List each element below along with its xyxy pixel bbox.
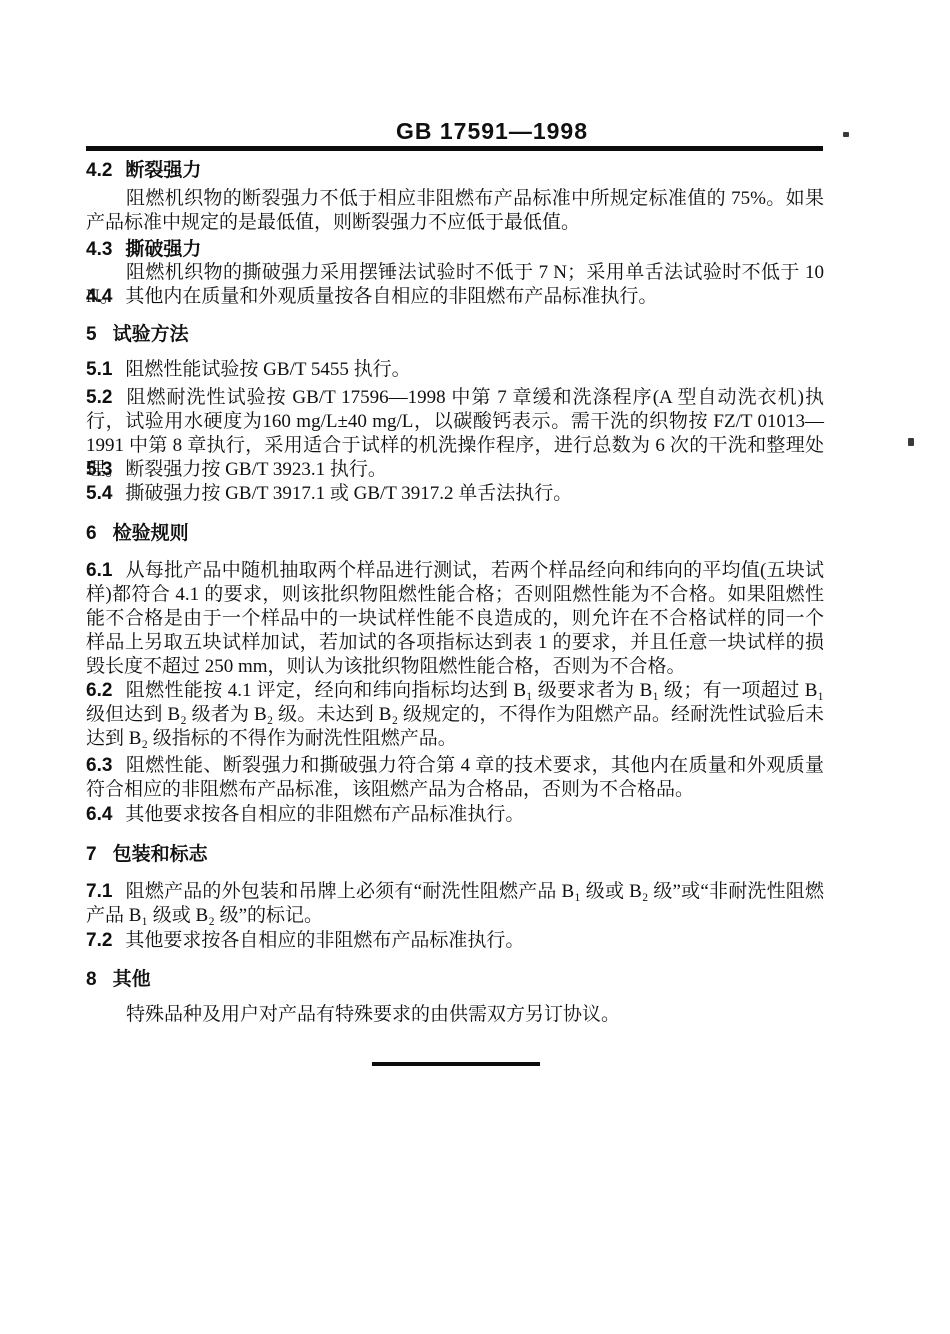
clause-7-1: 7.1阻燃产品的外包装和吊牌上必须有“耐洗性阻燃产品 B₁ 级或 B₂ 级”或“… — [86, 880, 824, 928]
end-of-document-rule — [372, 1062, 540, 1066]
clause-text: 断裂强力按 GB/T 3923.1 执行。 — [125, 459, 386, 480]
clause-heading-4-2: 4.2断裂强力 — [86, 159, 824, 183]
section-heading-5: 5试验方法 — [86, 323, 824, 347]
paragraph-4-2: 阻燃机织物的断裂强力不低于相应非阻燃布产品标准中所规定标准值的 75%。如果产品… — [86, 187, 824, 235]
section-title: 包装和标志 — [113, 844, 208, 865]
clause-5-1: 5.1阻燃性能试验按 GB/T 5455 执行。 — [86, 358, 824, 382]
clause-number: 5.3 — [86, 459, 112, 480]
section-title: 试验方法 — [113, 324, 189, 345]
clause-number: 5.4 — [86, 483, 112, 504]
clause-6-3: 6.3阻燃性能、断裂强力和撕破强力符合第 4 章的技术要求，其他内在质量和外观质… — [86, 754, 824, 802]
paragraph-text: 阻燃机织物的断裂强力不低于相应非阻燃布产品标准中所规定标准值的 75%。如果产品… — [86, 188, 824, 233]
clause-number: 6.2 — [86, 680, 112, 701]
clause-6-4: 6.4其他要求按各自相应的非阻燃布产品标准执行。 — [86, 803, 824, 827]
clause-text: 其他要求按各自相应的非阻燃布产品标准执行。 — [125, 804, 524, 825]
document-page: GB 17591—1998 4.2断裂强力 阻燃机织物的断裂强力不低于相应非阻燃… — [0, 0, 950, 1334]
clause-heading-4-3: 4.3撕破强力 — [86, 238, 824, 262]
clause-title: 撕破强力 — [125, 239, 201, 260]
section-title: 检验规则 — [113, 523, 189, 544]
scan-speck — [908, 438, 914, 446]
clause-number: 4.4 — [86, 286, 112, 307]
clause-5-3: 5.3断裂强力按 GB/T 3923.1 执行。 — [86, 458, 824, 482]
clause-text: 其他内在质量和外观质量按各自相应的非阻燃布产品标准执行。 — [125, 286, 657, 307]
section-heading-6: 6检验规则 — [86, 522, 824, 546]
section-heading-7: 7包装和标志 — [86, 843, 824, 867]
clause-6-2: 6.2阻燃性能按 4.1 评定，经向和纬向指标均达到 B₁ 级要求者为 B₁ 级… — [86, 679, 824, 751]
clause-text: 阻燃性能按 4.1 评定，经向和纬向指标均达到 B₁ 级要求者为 B₁ 级；有一… — [86, 680, 824, 749]
clause-title: 断裂强力 — [125, 160, 201, 181]
clause-number: 5.1 — [86, 359, 112, 380]
clause-6-1: 6.1从每批产品中随机抽取两个样品进行测试，若两个样品经向和纬向的平均值(五块试… — [86, 559, 824, 679]
clause-text: 其他要求按各自相应的非阻燃布产品标准执行。 — [125, 930, 524, 951]
clause-text: 阻燃性能试验按 GB/T 5455 执行。 — [125, 359, 410, 380]
clause-4-4: 4.4其他内在质量和外观质量按各自相应的非阻燃布产品标准执行。 — [86, 285, 824, 309]
header-rule — [86, 146, 823, 151]
clause-text: 撕破强力按 GB/T 3917.1 或 GB/T 3917.2 单舌法执行。 — [125, 483, 572, 504]
section-title: 其他 — [113, 969, 151, 990]
clause-7-2: 7.2其他要求按各自相应的非阻燃布产品标准执行。 — [86, 929, 824, 953]
clause-5-4: 5.4撕破强力按 GB/T 3917.1 或 GB/T 3917.2 单舌法执行… — [86, 482, 824, 506]
clause-number: 4.3 — [86, 239, 112, 260]
clause-number: 7.1 — [86, 881, 112, 902]
paragraph-text: 特殊品种及用户对产品有特殊要求的由供需双方另订协议。 — [126, 1004, 620, 1025]
clause-number: 6.4 — [86, 804, 112, 825]
clause-number: 6.3 — [86, 755, 112, 776]
clause-text: 阻燃产品的外包装和吊牌上必须有“耐洗性阻燃产品 B₁ 级或 B₂ 级”或“非耐洗… — [86, 881, 824, 926]
section-number: 6 — [86, 523, 97, 544]
clause-number: 4.2 — [86, 160, 112, 181]
section-heading-8: 8其他 — [86, 968, 824, 992]
section-number: 7 — [86, 844, 97, 865]
clause-number: 5.2 — [86, 387, 112, 408]
clause-number: 6.1 — [86, 560, 112, 581]
clause-number: 7.2 — [86, 930, 112, 951]
clause-text: 从每批产品中随机抽取两个样品进行测试，若两个样品经向和纬向的平均值(五块试样)都… — [86, 560, 824, 677]
section-number: 5 — [86, 324, 97, 345]
standard-code: GB 17591—1998 — [396, 118, 588, 145]
paragraph-8: 特殊品种及用户对产品有特殊要求的由供需双方另订协议。 — [86, 1003, 824, 1027]
section-number: 8 — [86, 969, 97, 990]
clause-text: 阻燃性能、断裂强力和撕破强力符合第 4 章的技术要求，其他内在质量和外观质量符合… — [86, 755, 824, 800]
scan-speck — [843, 132, 849, 137]
